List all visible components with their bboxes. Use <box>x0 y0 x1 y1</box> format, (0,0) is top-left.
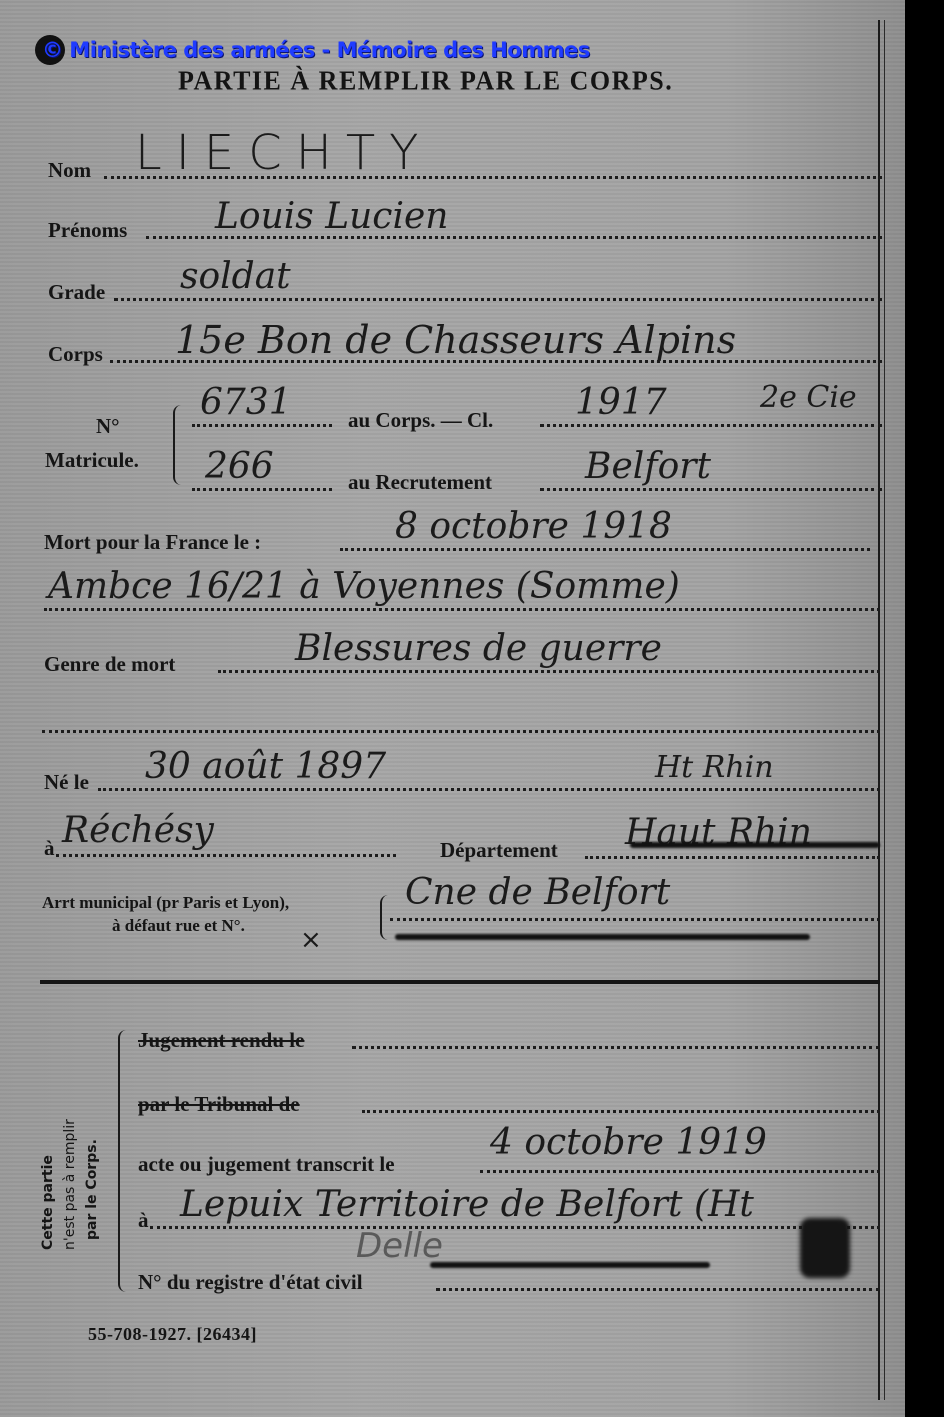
blank-line <box>42 730 880 733</box>
death-record-card: © Ministère des armées - Mémoire des Hom… <box>0 0 905 1417</box>
lieu-mort-value: Ambce 16/21 à Voyennes (Somme) <box>48 566 680 607</box>
jugement-line <box>352 1046 880 1049</box>
prenoms-value: Louis Lucien <box>215 196 448 237</box>
jugement-label: Jugement rendu le <box>138 1028 304 1053</box>
lieu-naissance-label: à <box>44 836 55 861</box>
arrondissement-underline <box>395 934 810 940</box>
tribunal-line <box>362 1110 880 1113</box>
classe-line <box>540 424 882 427</box>
registre-strikethrough <box>430 1262 710 1268</box>
matricule-recrutement-value: 266 <box>205 446 274 487</box>
side-note-line1: Cette partie <box>40 1155 56 1250</box>
mort-label: Mort pour la France le : <box>44 530 261 555</box>
right-border-rule-inner <box>884 20 885 1400</box>
mort-line <box>340 548 870 551</box>
right-border-rule <box>878 20 880 1400</box>
corps-label: Corps <box>48 342 103 367</box>
transcription-lieu-line <box>150 1226 880 1229</box>
naissance-line <box>98 788 880 791</box>
acte-label: acte ou jugement transcrit le <box>138 1152 395 1177</box>
corps-value: 15e Bon de Chasseurs Alpins <box>175 318 736 362</box>
lieu-naissance-value: Réchésy <box>62 810 214 851</box>
acte-value: 4 octobre 1919 <box>490 1122 767 1163</box>
grade-line <box>114 298 882 301</box>
naissance-value: 30 août 1897 <box>145 746 386 787</box>
acte-line <box>480 1170 880 1173</box>
registre-line <box>436 1288 880 1291</box>
arrondissement-label-1: Arrt municipal (pr Paris et Lyon), <box>42 893 289 913</box>
transcription-lieu-value: Lepuix Territoire de Belfort (Ht <box>180 1184 754 1225</box>
lieu-naissance-line <box>56 854 396 857</box>
matricule-recrutement-line <box>192 488 332 491</box>
arrondissement-label-2: à défaut rue et N°. <box>112 916 245 936</box>
copyright-watermark: © Ministère des armées - Mémoire des Hom… <box>42 38 590 62</box>
naissance-annotation: Ht Rhin <box>655 750 774 785</box>
matricule-label: Matricule. <box>45 448 139 473</box>
print-reference: 55-708-1927. [26434] <box>88 1324 257 1345</box>
registre-label: N° du registre d'état civil <box>138 1270 363 1295</box>
matricule-corps-line <box>192 424 332 427</box>
compagnie-value: 2e Cie <box>760 380 857 415</box>
departement-strikethrough <box>630 842 880 848</box>
transcription-lieu-label: à <box>138 1208 149 1233</box>
recrutement-label: au Recrutement <box>348 470 492 495</box>
prenoms-label: Prénoms <box>48 218 127 243</box>
side-note-line2: n'est pas à remplir <box>62 1119 78 1250</box>
matricule-brace <box>173 405 185 485</box>
matricule-corps-label: au Corps. — Cl. <box>348 408 493 433</box>
genre-mort-label: Genre de mort <box>44 652 175 677</box>
genre-mort-line <box>218 670 880 673</box>
nom-label: Nom <box>48 158 91 183</box>
section-divider <box>40 980 880 984</box>
lieu-mort-line <box>44 608 880 611</box>
departement-label: Département <box>440 838 558 863</box>
pencil-note: Delle <box>356 1226 443 1266</box>
genre-mort-value: Blessures de guerre <box>295 628 662 669</box>
tribunal-label: par le Tribunal de <box>138 1092 300 1117</box>
departement-line <box>585 856 880 859</box>
card-title: PARTIE À REMPLIR PAR LE CORPS. <box>178 65 673 97</box>
recrutement-place: Belfort <box>585 446 711 487</box>
recrutement-line <box>540 488 882 491</box>
classe-value: 1917 <box>575 382 667 423</box>
arrondissement-line <box>390 918 880 921</box>
mort-value: 8 octobre 1918 <box>395 506 672 547</box>
side-note-line3: par le Corps. <box>84 1139 100 1240</box>
grade-value: soldat <box>180 256 291 297</box>
matricule-label-no: N° <box>96 414 120 439</box>
matricule-corps-value: 6731 <box>200 382 292 423</box>
arrondissement-value: Cne de Belfort <box>405 872 670 913</box>
side-note: Cette partie n'est pas à remplir par le … <box>40 1060 120 1250</box>
naissance-label: Né le <box>44 770 89 795</box>
nom-value: LIECHTY <box>135 125 432 181</box>
grade-label: Grade <box>48 280 105 305</box>
transcription-brace <box>118 1030 130 1292</box>
cross-mark: × <box>300 925 322 955</box>
ink-blot <box>800 1218 850 1278</box>
